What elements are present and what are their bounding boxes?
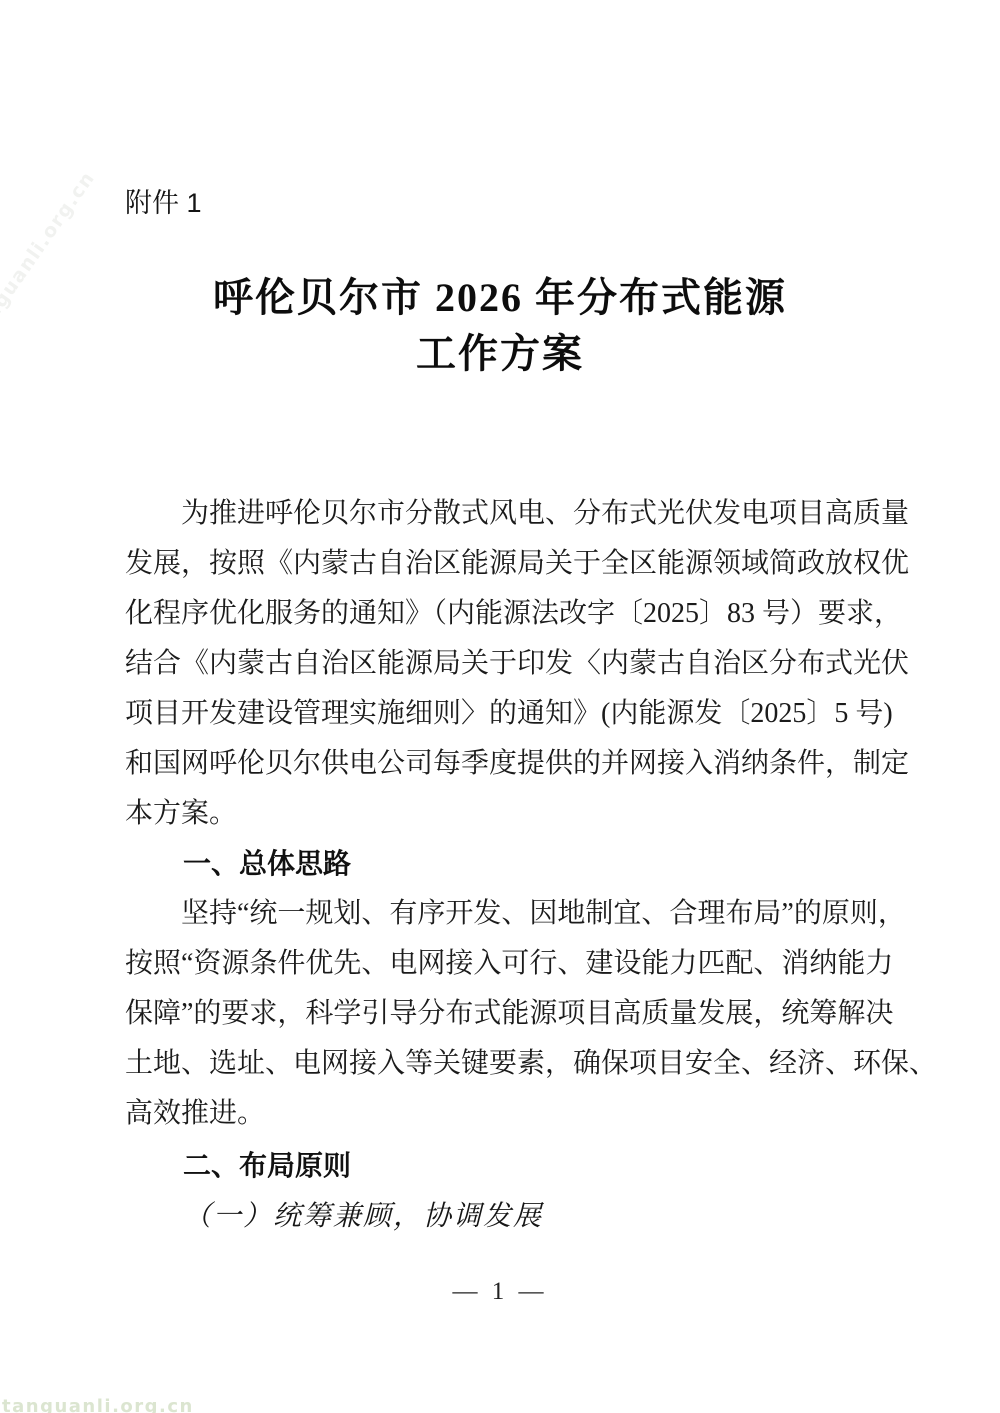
document-title-line2: 工作方案: [0, 326, 1000, 382]
body-line: 结合《内蒙古自治区能源局关于印发〈内蒙古自治区分布式光伏: [125, 639, 882, 689]
section-heading-2: 二、布局原则: [125, 1141, 882, 1191]
body-line: 项目开发建设管理实施细则〉的通知》(内能源发〔2025〕5 号): [125, 689, 882, 739]
body-line: 本方案。: [125, 789, 882, 839]
body-line: 为推进呼伦贝尔市分散式风电、分布式光伏发电项目高质量: [125, 489, 882, 539]
body-line: 发展，按照《内蒙古自治区能源局关于全区能源领域简政放权优: [125, 539, 882, 589]
body-line: 高效推进。: [125, 1089, 882, 1139]
body-line: 和国网呼伦贝尔供电公司每季度提供的并网接入消纳条件，制定: [125, 739, 882, 789]
subsection-heading: （一）统筹兼顾，协调发展: [125, 1192, 882, 1242]
body-line: 土地、选址、电网接入等关键要素，确保项目安全、经济、环保、: [125, 1039, 882, 1089]
page-number: — 1 —: [0, 1272, 1000, 1312]
watermark-bottom-left: tanguanli.org.cn: [2, 1396, 194, 1413]
document-title: 呼伦贝尔市 2026 年分布式能源 工作方案: [0, 270, 1000, 382]
body-line: 化程序优化服务的通知》（内能源法改字〔2025〕83 号）要求，: [125, 589, 882, 639]
section-heading-1: 一、总体思路: [125, 839, 882, 889]
body-line: 保障”的要求，科学引导分布式能源项目高质量发展，统筹解决: [125, 989, 882, 1039]
body-line: 坚持“统一规划、有序开发、因地制宜、合理布局”的原则，: [125, 889, 882, 939]
body-line: 按照“资源条件优先、电网接入可行、建设能力匹配、消纳能力: [125, 939, 882, 989]
attachment-label: 附件 1: [125, 183, 202, 223]
document-page: tanguanli.org.cn 附件 1 呼伦贝尔市 2026 年分布式能源 …: [0, 0, 1000, 1413]
document-title-line1: 呼伦贝尔市 2026 年分布式能源: [0, 270, 1000, 326]
